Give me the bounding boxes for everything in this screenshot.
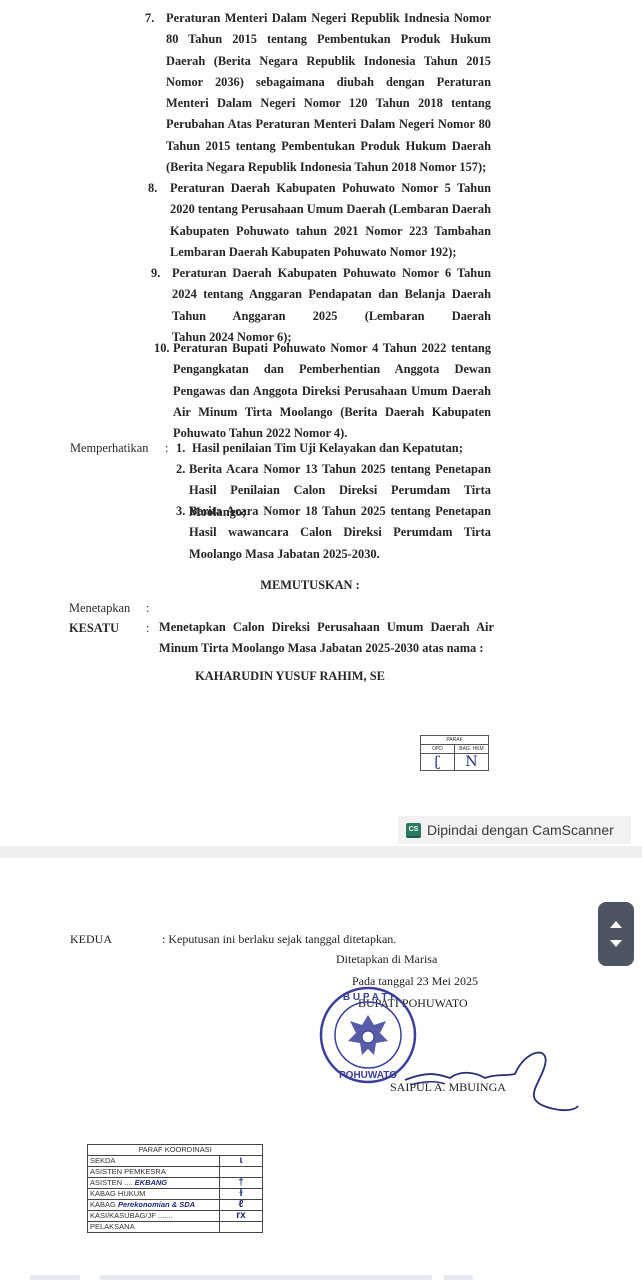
signature-cell — [220, 1167, 263, 1178]
text-line: Berita Acara Nomor 13 Tahun 2025 tentang… — [189, 459, 491, 480]
role-text: ASISTEN .... — [90, 1178, 133, 1187]
text-line: Perubahan Atas Peraturan Menteri Dalam N… — [166, 114, 491, 135]
role-text: KABAG — [90, 1200, 116, 1209]
paraf-col-opd: OPD — [421, 745, 455, 753]
bottom-toolbar-segment — [443, 1275, 473, 1280]
text-line: Kabupaten Pohuwato tahun 2021 Nomor 223 … — [170, 221, 491, 242]
text-line: Pengawas dan Anggota Direksi Perusahaan … — [173, 381, 491, 402]
item-number: 7. — [145, 11, 154, 26]
regulation-item-8: Peraturan Daerah Kabupaten Pohuwato Nomo… — [170, 178, 491, 263]
item-number: 2. — [176, 462, 185, 477]
memperhatikan-label: Memperhatikan — [70, 441, 148, 456]
role-cell: ASISTEN PEMKESRA — [88, 1167, 220, 1178]
text-line: 80 Tahun 2015 tentang Pembentukan Produk… — [166, 29, 491, 50]
table-row: SEKDAɩ — [88, 1156, 263, 1167]
text-line: Lembaran Daerah Kabupaten Pohuwato Nomor… — [170, 242, 491, 263]
paraf-col-bag-hkm: BAG. HKM — [455, 745, 488, 753]
text-line: Peraturan Bupati Pohuwato Nomor 4 Tahun … — [173, 338, 491, 359]
signature-cell: † — [220, 1178, 263, 1189]
handwritten-text: EKBANG — [135, 1178, 168, 1187]
text-line: Peraturan Daerah Kabupaten Pohuwato Nomo… — [172, 263, 491, 284]
paraf-box: PARAF OPD BAG. HKM ʗ N — [420, 735, 489, 771]
kesatu-text: Menetapkan Calon Direksi Perusahaan Umum… — [159, 617, 494, 660]
text-line: Hasil wawancara Calon Direksi Perumdam T… — [189, 522, 491, 543]
paraf-title: PARAF — [421, 736, 488, 745]
chevron-up-icon[interactable] — [610, 921, 622, 928]
text-line: Minum Tirta Moolango Masa Jabatan 2025-2… — [159, 638, 494, 659]
paraf-signature: ʗ — [421, 754, 455, 771]
svg-text:POHUWATO: POHUWATO — [339, 1070, 397, 1081]
signature — [400, 1040, 580, 1130]
signature-cell: ɩ — [220, 1156, 263, 1167]
item-number: 3. — [176, 504, 185, 519]
item-number: 1. — [176, 441, 185, 456]
regulation-item-10: Peraturan Bupati Pohuwato Nomor 4 Tahun … — [173, 338, 491, 444]
signature-cell: rx — [220, 1211, 263, 1222]
text-line: Berita Acara Nomor 18 Tahun 2025 tentang… — [189, 501, 491, 522]
place-text: Ditetapkan di Marisa — [336, 952, 437, 967]
table-row: KABAG Perekonomian & SDAℓ — [88, 1200, 263, 1211]
text-line: Air Minum Tirta Moolango (Berita Daerah … — [173, 402, 491, 423]
text-line: 2020 tentang Perusahaan Umum Daerah (Lem… — [170, 199, 491, 220]
consideration-1: Hasil penilaian Tim Uji Kelayakan dan Ke… — [192, 438, 492, 459]
handwritten-text: Perekonomian & SDA — [118, 1200, 195, 1209]
camscanner-icon: CS — [406, 823, 421, 838]
signature-cell: ɫ — [220, 1189, 263, 1200]
item-number: 8. — [148, 181, 157, 196]
text-line: Pengangkatan dan Pemberhentian Anggota D… — [173, 359, 491, 380]
item-number: 9. — [151, 266, 160, 281]
chevron-down-icon[interactable] — [610, 940, 622, 947]
colon: : — [146, 621, 149, 636]
item-number: 10. — [154, 341, 170, 356]
svg-text:B U P A T I: B U P A T I — [343, 992, 393, 1003]
role-cell: SEKDA — [88, 1156, 220, 1167]
kesatu-label: KESATU — [69, 621, 119, 636]
colon: : — [165, 441, 168, 456]
watermark-text: Dipindai dengan CamScanner — [427, 822, 614, 838]
document-page-1: 7. Peraturan Menteri Dalam Negeri Republ… — [0, 0, 642, 846]
table-row: ASISTEN PEMKESRA — [88, 1167, 263, 1178]
appointee-name: KAHARUDIN YUSUF RAHIM, SE — [160, 669, 420, 684]
table-row: PELAKSANA — [88, 1222, 263, 1233]
text-line: Tahun Anggaran 2025 (Lembaran Daerah — [172, 306, 491, 327]
role-cell: ASISTEN .... EKBANG — [88, 1178, 220, 1189]
signature-cell: ℓ — [220, 1200, 263, 1211]
text-line: (Berita Negara Republik Indonesia Tahun … — [166, 157, 491, 178]
text-line: Hasil penilaian Tim Uji Kelayakan dan Ke… — [192, 438, 492, 459]
table-row: KABAG HUKUMɫ — [88, 1189, 263, 1200]
paraf-signature: N — [455, 754, 488, 771]
regulation-item-9: Peraturan Daerah Kabupaten Pohuwato Nomo… — [172, 263, 491, 348]
menetapkan-label: Menetapkan — [69, 601, 130, 616]
bottom-toolbar-segment — [100, 1275, 432, 1280]
camscanner-watermark: CS Dipindai dengan CamScanner — [398, 816, 631, 844]
text-line: Peraturan Daerah Kabupaten Pohuwato Nomo… — [170, 178, 491, 199]
page-scroll-control[interactable] — [598, 902, 634, 966]
role-cell: KABAG Perekonomian & SDA — [88, 1200, 220, 1211]
memutuskan-heading: MEMUTUSKAN : — [200, 578, 420, 593]
text-line: Nomor 2036) sebagaimana diubah dengan Pe… — [166, 72, 491, 93]
text-line: Menetapkan Calon Direksi Perusahaan Umum… — [159, 617, 494, 638]
paraf-koordinasi-table: PARAF KOORDINASI SEKDAɩ ASISTEN PEMKESRA… — [87, 1144, 263, 1233]
regulation-item-7: Peraturan Menteri Dalam Negeri Republik … — [166, 8, 491, 178]
kedua-text: : Keputusan ini berlaku sejak tanggal di… — [162, 932, 396, 947]
text-line: Tahun 2015 tentang Pembentukan Produk Hu… — [166, 136, 491, 157]
colon: : — [146, 601, 149, 616]
role-cell: KABAG HUKUM — [88, 1189, 220, 1200]
page-separator — [0, 846, 642, 858]
signature-cell — [220, 1222, 263, 1233]
text-line: Menteri Dalam Negeri Nomor 120 Tahun 201… — [166, 93, 491, 114]
text-line: Moolango Masa Jabatan 2025-2030. — [189, 544, 491, 565]
consideration-3: Berita Acara Nomor 18 Tahun 2025 tentang… — [189, 501, 491, 565]
table-row: KASI/KASUBAG/JF .......rx — [88, 1211, 263, 1222]
kedua-label: KEDUA — [70, 932, 112, 947]
text-line: 2024 tentang Anggaran Pendapatan dan Bel… — [172, 284, 491, 305]
text-line: Peraturan Menteri Dalam Negeri Republik … — [166, 8, 491, 29]
table-row: ASISTEN .... EKBANG† — [88, 1178, 263, 1189]
role-cell: PELAKSANA — [88, 1222, 220, 1233]
text-line: Daerah (Berita Negara Republik Indonesia… — [166, 51, 491, 72]
bottom-toolbar-segment — [30, 1275, 80, 1280]
paraf-table-title: PARAF KOORDINASI — [88, 1145, 263, 1156]
role-cell: KASI/KASUBAG/JF ....... — [88, 1211, 220, 1222]
